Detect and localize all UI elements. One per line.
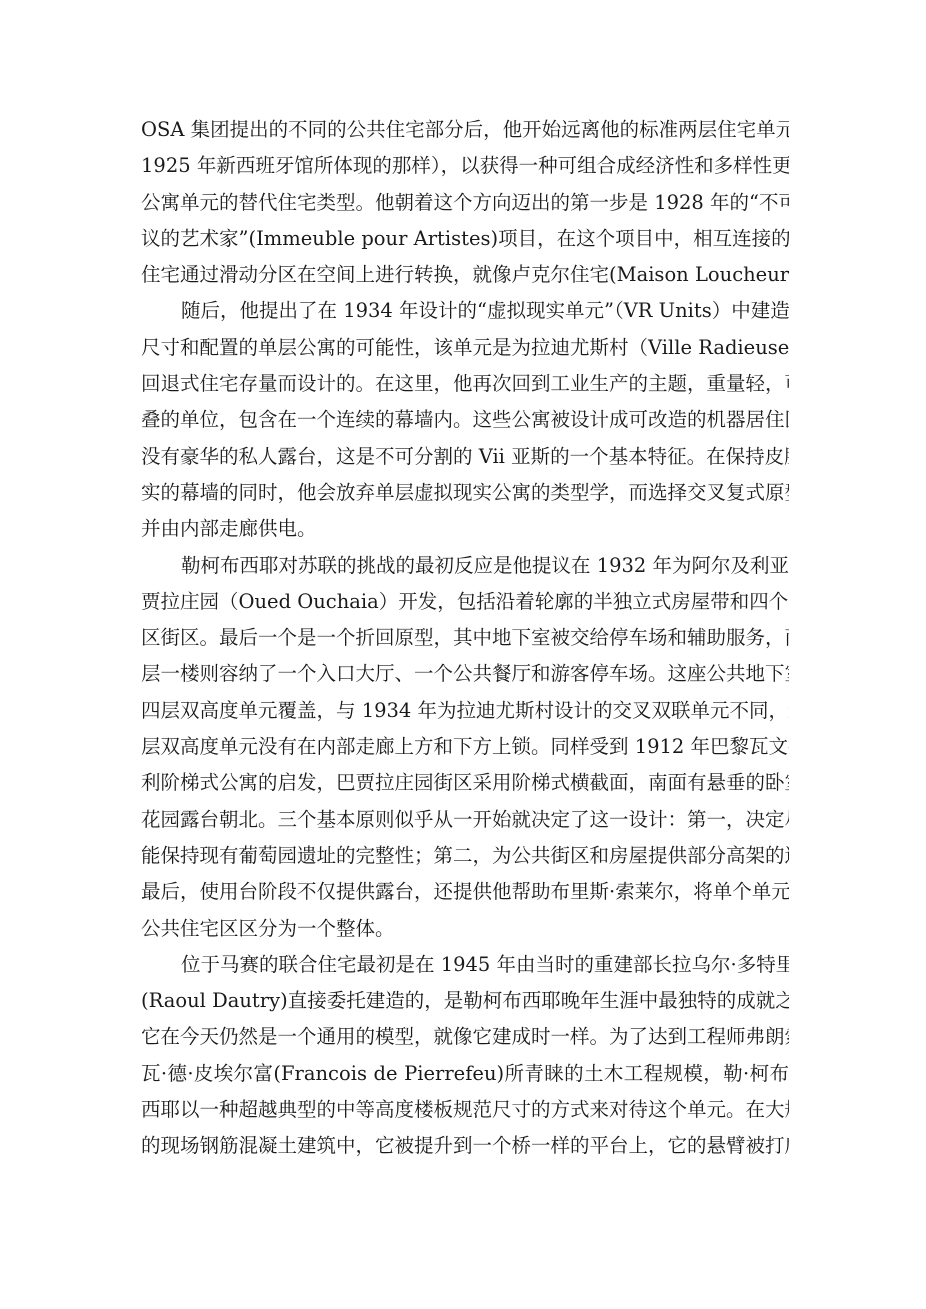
text-line: 住宅通过滑动分区在空间上进行转换，就像卢克尔住宅(Maison Loucheur… <box>141 257 789 293</box>
text-line: 没有豪华的私人露台，这是不可分割的 Vii 亚斯的一个基本特征。在保持皮肤紧 <box>141 439 789 475</box>
text-line: 位于马赛的联合住宅最初是在 1945 年由当时的重建部长拉乌尔·多特里 <box>141 947 789 983</box>
text-line: 尺寸和配置的单层公寓的可能性，该单元是为拉迪尤斯村（Ville Radieuse… <box>141 330 789 366</box>
text-line: 公寓单元的替代住宅类型。他朝着这个方向迈出的第一步是 1928 年的“不可思 <box>141 185 789 221</box>
text-line: 层双高度单元没有在内部走廊上方和下方上锁。同样受到 1912 年巴黎瓦文街亨 <box>141 729 789 765</box>
text-line: 并由内部走廊供电。 <box>141 511 789 547</box>
text-line: 西耶以一种超越典型的中等高度楼板规范尺寸的方式来对待这个单元。在大规模 <box>141 1092 789 1128</box>
text-line: (Raoul Dautry)直接委托建造的，是勒柯布西耶晚年生涯中最独特的成就之… <box>141 983 789 1019</box>
text-line: 层一楼则容纳了一个入口大厅、一个公共餐厅和游客停车场。这座公共地下室由 <box>141 656 789 692</box>
text-line: 公共住宅区区分为一个整体。 <box>141 911 789 947</box>
text-line: 花园露台朝北。三个基本原则似乎从一开始就决定了这一设计：第一，决定尽可 <box>141 802 789 838</box>
text-line: 议的艺术家”(Immeuble pour Artistes)项目，在这个项目中，… <box>141 221 789 257</box>
text-line: 1925 年新西班牙馆所体现的那样），以获得一种可组合成经济性和多样性更高的 <box>141 148 789 184</box>
text-line: 区街区。最后一个是一个折回原型，其中地下室被交给停车场和辅助服务，而二 <box>141 620 789 656</box>
text-line: 回退式住宅存量而设计的。在这里，他再次回到工业生产的主题，重量轻，可堆 <box>141 366 789 402</box>
paragraph-2: 随后，他提出了在 1934 年设计的“虚拟现实单元”（VR Units）中建造不… <box>141 293 789 547</box>
text-line: 四层双高度单元覆盖，与 1934 年为拉迪尤斯村设计的交叉双联单元不同，这四 <box>141 693 789 729</box>
text-line: 贾拉庄园（Oued Ouchaia）开发，包括沿着轮廓的半独立式房屋带和四个大型… <box>141 584 789 620</box>
paragraph-3: 勒柯布西耶对苏联的挑战的最初反应是他提议在 1932 年为阿尔及利亚的巴 贾拉庄… <box>141 548 789 947</box>
text-line: 瓦·德·皮埃尔富(Francois de Pierrefeu)所青睐的土木工程规… <box>141 1056 789 1092</box>
text-line: 的现场钢筋混凝土建筑中，它被提升到一个桥一样的平台上，它的悬臂被打扁， <box>141 1128 789 1164</box>
text-line: 勒柯布西耶对苏联的挑战的最初反应是他提议在 1932 年为阿尔及利亚的巴 <box>141 548 789 584</box>
paragraph-1: OSA 集团提出的不同的公共住宅部分后，他开始远离他的标准两层住宅单元（如 19… <box>141 112 789 293</box>
text-line: 最后，使用台阶段不仅提供露台，还提供他帮助布里斯·索莱尔，将单个单元和 <box>141 874 789 910</box>
text-line: 能保持现有葡萄园遗址的完整性；第二，为公共街区和房屋提供部分高架的通道； <box>141 838 789 874</box>
text-line: 它在今天仍然是一个通用的模型，就像它建成时一样。为了达到工程师弗朗索 <box>141 1019 789 1055</box>
text-line: 实的幕墙的同时，他会放弃单层虚拟现实公寓的类型学，而选择交叉复式原型， <box>141 475 789 511</box>
text-line: 叠的单位，包含在一个连续的幕墙内。这些公寓被设计成可改造的机器居住区， <box>141 402 789 438</box>
text-line: 利阶梯式公寓的启发，巴贾拉庄园街区采用阶梯式横截面，南面有悬垂的卧室， <box>141 765 789 801</box>
document-page: OSA 集团提出的不同的公共住宅部分后，他开始远离他的标准两层住宅单元（如 19… <box>141 112 789 1165</box>
paragraph-4: 位于马赛的联合住宅最初是在 1945 年由当时的重建部长拉乌尔·多特里 (Rao… <box>141 947 789 1165</box>
text-line: OSA 集团提出的不同的公共住宅部分后，他开始远离他的标准两层住宅单元（如 <box>141 112 789 148</box>
text-line: 随后，他提出了在 1934 年设计的“虚拟现实单元”（VR Units）中建造不… <box>141 293 789 329</box>
